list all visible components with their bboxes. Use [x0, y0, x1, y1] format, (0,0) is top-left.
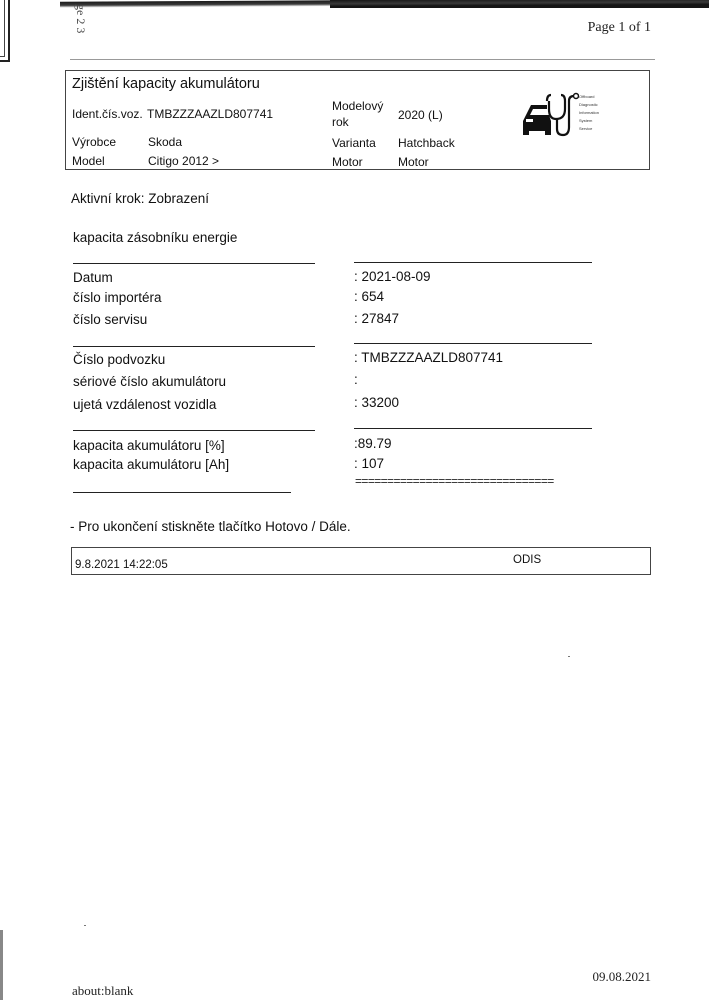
row-label-importer-number: číslo importéra [73, 290, 162, 305]
page-number: Page 1 of 1 [588, 20, 651, 36]
row-label-battery-serial: sériové číslo akumulátoru [73, 374, 226, 389]
row-value-chassis-number: : TMBZZZAAZLD807741 [354, 350, 503, 365]
ident-value: TMBZZZAAZLD807741 [147, 107, 273, 121]
car-stethoscope-icon [521, 91, 579, 139]
engine-label: Motor [332, 155, 363, 169]
print-date: 09.08.2021 [593, 969, 652, 985]
row-value-battery-serial: : [354, 372, 358, 387]
manufacturer-label: Výrobce [72, 135, 116, 149]
separator-line: =============================== [355, 474, 554, 488]
divider [73, 430, 315, 431]
row-label-mileage: ujetá vzdálenost vozidla [73, 397, 216, 412]
engine-value: Motor [398, 155, 429, 169]
row-value-date: : 2021-08-09 [354, 269, 431, 284]
row-value-importer-number: : 654 [354, 289, 384, 304]
row-label-date: Datum [73, 270, 113, 285]
scan-edge-strip [0, 930, 3, 1000]
model-year-label: Modelový rok [332, 98, 382, 130]
row-value-service-number: : 27847 [354, 311, 399, 326]
row-value-capacity-ah: : 107 [354, 456, 384, 471]
divider [354, 428, 592, 429]
model-value: Citigo 2012 > [148, 154, 219, 168]
document-title: Zjištění kapacity akumulátoru [72, 76, 260, 92]
row-label-chassis-number: Číslo podvozku [73, 352, 165, 367]
scan-speck [568, 656, 570, 657]
divider [354, 343, 592, 344]
divider [73, 346, 315, 347]
odis-logo: Offboard Diagnostic Information System S… [521, 91, 631, 141]
variant-label: Varianta [332, 136, 376, 150]
divider [73, 492, 291, 493]
divider [354, 262, 592, 263]
footer-timestamp: 9.8.2021 14:22:05 [75, 559, 168, 571]
model-year-value: 2020 (L) [398, 108, 443, 122]
footer-app-name: ODIS [513, 554, 541, 566]
scan-speck [84, 925, 86, 926]
section-title: kapacita zásobníku energie [73, 230, 237, 245]
row-label-service-number: číslo servisu [73, 312, 147, 327]
scan-page-frame [0, 0, 5, 57]
print-header-rule [70, 59, 655, 60]
row-value-mileage: : 33200 [354, 395, 399, 410]
print-url: about:blank [72, 983, 133, 999]
instruction-text: - Pro ukončení stiskněte tlačítko Hotovo… [70, 519, 351, 534]
manufacturer-value: Skoda [148, 135, 182, 149]
divider [73, 263, 315, 264]
model-label: Model [72, 154, 105, 168]
row-label-capacity-ah: kapacita akumulátoru [Ah] [73, 457, 229, 472]
active-step-label: Aktivní krok: Zobrazení [71, 191, 209, 206]
bleed-through-text: ge 2 3 [73, 4, 88, 33]
footer-box: 9.8.2021 14:22:05 ODIS [71, 547, 651, 575]
logo-text: Offboard Diagnostic Information System S… [579, 93, 599, 133]
row-label-capacity-percent: kapacita akumulátoru [%] [73, 438, 225, 453]
vehicle-header-box: Zjištění kapacity akumulátoru Ident.čís.… [65, 70, 650, 170]
row-value-capacity-percent: :89.79 [354, 436, 392, 451]
variant-value: Hatchback [398, 136, 455, 150]
ident-label: Ident.čís.voz. [72, 107, 143, 121]
